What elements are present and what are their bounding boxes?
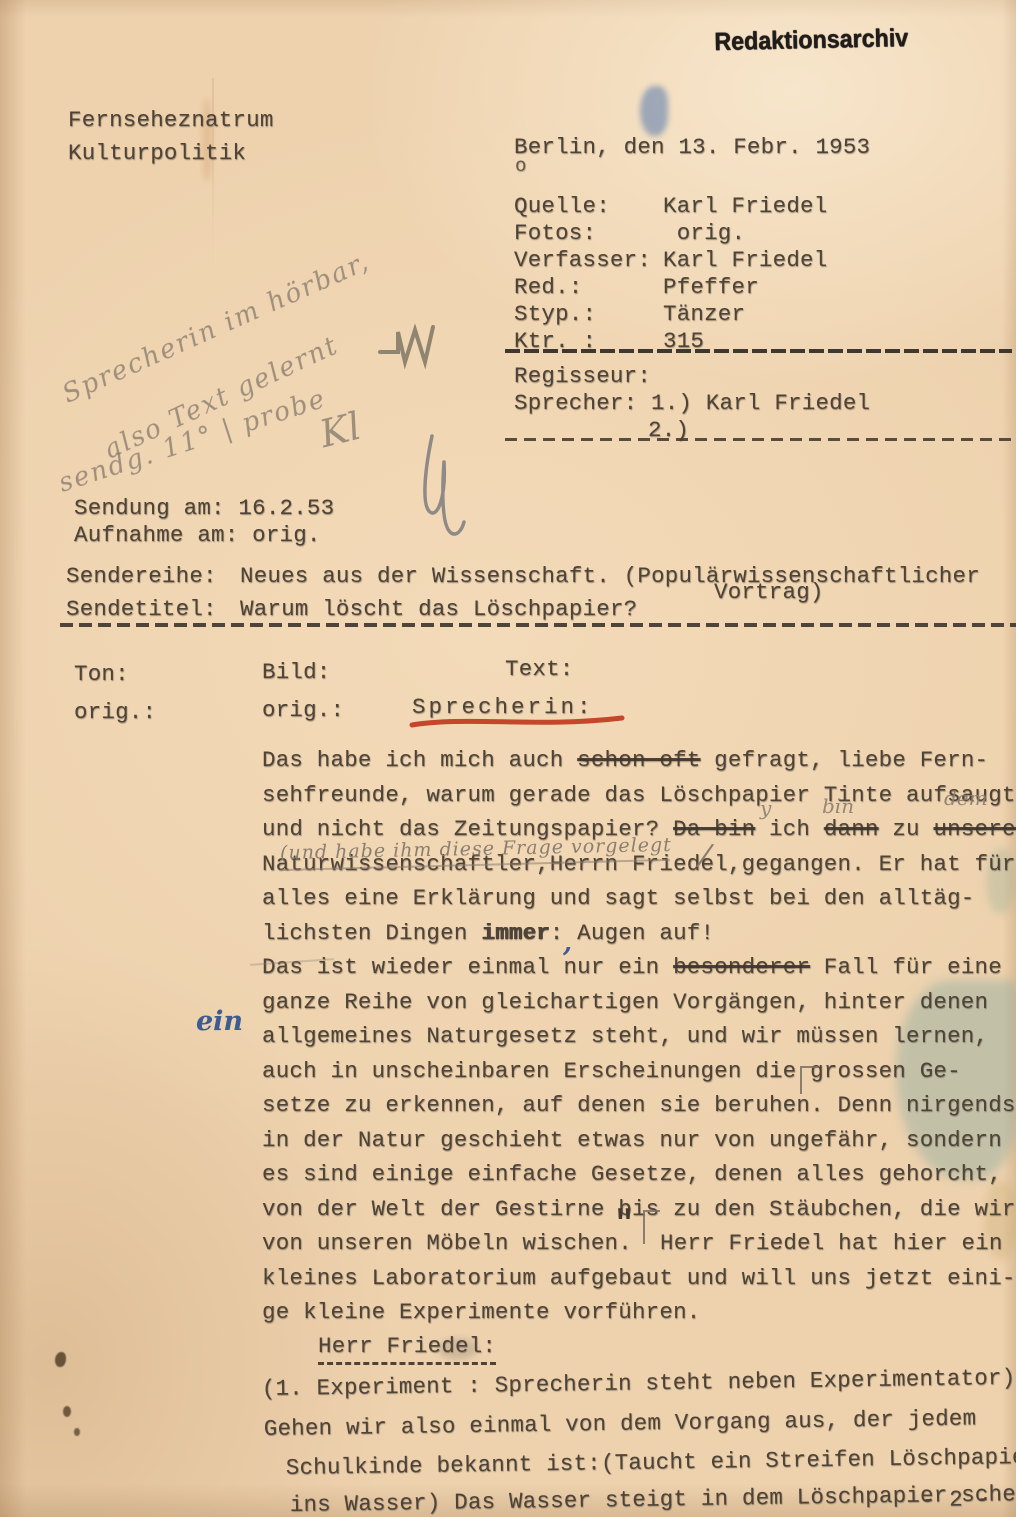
meta-row-styp: Styp.:Tänzer xyxy=(514,300,745,328)
pencil-bracket-2 xyxy=(643,1210,660,1244)
struck-text: dann xyxy=(824,816,879,842)
vortrag-word: Vortrag) xyxy=(714,578,824,606)
document-page: Redaktionsarchiv Fernseheznatrum Kulturp… xyxy=(0,0,1016,1517)
dark-speck-1 xyxy=(55,1352,66,1367)
meta-row-verfasser: Verfasser:Karl Friedel xyxy=(514,246,827,274)
body-text: lichsten Dingen xyxy=(262,920,481,946)
handwritten-w-mark xyxy=(378,322,448,370)
caret-mark: y xyxy=(760,796,771,820)
handwritten-quote-mark: " xyxy=(614,1206,634,1244)
separator-line-1 xyxy=(505,349,1012,353)
dateline: Berlin, den 13. Febr. 1953 xyxy=(514,133,870,161)
body-line: Herr Friedel hat hier ein xyxy=(660,1229,1003,1257)
sprecher-line-1: Sprecher: 1.) Karl Friedel xyxy=(514,389,870,417)
body-line: in der Natur geschieht etwas nur von ung… xyxy=(262,1126,1002,1154)
meta-value: Karl Friedel xyxy=(663,247,827,273)
body-line: alles eine Erklärung und sagt selbst bei… xyxy=(262,884,975,912)
struck-text: besonderer xyxy=(673,954,810,980)
body-line: Schulkinde bekannt ist:(Taucht ein Strei… xyxy=(286,1443,1016,1482)
meta-row-quelle: Quelle:Karl Friedel xyxy=(514,192,827,220)
column-ton: Ton: xyxy=(74,660,129,688)
body-line: ganze Reihe von gleichartigen Vorgängen,… xyxy=(262,988,988,1016)
body-line: kleines Laboratorium aufgebaut und will … xyxy=(262,1264,1016,1292)
body-line: lichsten Dingen immer: Augen auf! xyxy=(262,919,714,947)
section-heading: Herr Friedel: xyxy=(318,1332,496,1360)
meta-label: Verfasser: xyxy=(514,246,663,274)
overtyped-text: immer xyxy=(481,920,550,946)
body-line: Gehen wir also einmal von dem Vorgang au… xyxy=(264,1404,977,1443)
sendereihe-value: Neues aus der Wissenschaft. (Populärwiss… xyxy=(240,562,980,590)
department-line-1: Fernseheznatrum xyxy=(68,106,274,134)
body-line: Das ist wieder einmal nur ein besonderer… xyxy=(262,953,1002,981)
meta-value: Karl Friedel xyxy=(663,193,827,219)
meta-label: Red.: xyxy=(514,273,663,301)
meta-value: Tänzer xyxy=(663,301,745,327)
page-number: - 2 - xyxy=(922,1485,991,1514)
sendung-line: Sendung am: 16.2.53 xyxy=(74,494,334,522)
aufnahme-line: Aufnahme am: orig. xyxy=(74,521,321,549)
meta-value: Pfeffer xyxy=(663,274,759,300)
meta-row-fotos: Fotos: orig. xyxy=(514,219,745,247)
regisseur-line: Regisseur: xyxy=(514,362,651,390)
body-line: auch in unscheinbaren Erscheinungen die … xyxy=(262,1057,961,1085)
body-line: sehfreunde, warum gerade das Löschpapier… xyxy=(262,781,1016,809)
correction-above-bin: bin xyxy=(822,794,854,818)
sendetitel-value: Warum löscht das Löschpapier? xyxy=(240,595,637,623)
meta-row-red: Red.:Pfeffer xyxy=(514,273,759,301)
dark-speck-2 xyxy=(63,1406,71,1417)
body-text: Das habe ich mich auch xyxy=(262,747,577,773)
archive-stamp: Redaktionsarchiv xyxy=(714,24,908,57)
dark-speck-3 xyxy=(74,1428,80,1436)
sendereihe-label: Sendereihe: xyxy=(66,562,217,590)
body-line: von der Welt der Gestirne bis zu den Stä… xyxy=(262,1195,1016,1223)
meta-label: Styp.: xyxy=(514,300,663,328)
body-line: es sind einige einfache Gesetze, denen a… xyxy=(262,1160,1002,1188)
body-line: ins Wasser) Das Wasser steigt in dem Lös… xyxy=(290,1480,1016,1517)
separator-line-2 xyxy=(505,438,1016,441)
separator-line-3 xyxy=(60,623,1016,627)
blue-comma-mark: , xyxy=(563,928,572,958)
column-text: Text: xyxy=(505,655,574,683)
margin-correction-ein: ein xyxy=(196,1006,243,1037)
body-text: gefragt, liebe Fern- xyxy=(700,747,988,773)
correction-above-dem: dem xyxy=(944,786,988,810)
body-text: : Augen auf! xyxy=(550,920,714,946)
pencil-bracket-1 xyxy=(800,1066,818,1094)
body-line: Das habe ich mich auch schon oft gefragt… xyxy=(262,746,988,774)
body-line: (1. Experiment : Sprecherin steht neben … xyxy=(262,1364,1016,1403)
bild-value: orig.: xyxy=(262,696,344,724)
handwritten-initials: Kl xyxy=(315,404,365,457)
body-line: setze zu erkennen, auf denen sie beruhen… xyxy=(262,1091,1016,1119)
struck-text: unserer xyxy=(933,816,1016,842)
meta-label: Fotos: xyxy=(514,219,663,247)
body-text: Fall für eine xyxy=(810,954,1002,980)
meta-value: orig. xyxy=(663,220,745,246)
handwritten-u-mark xyxy=(420,434,470,544)
ton-value: orig.: xyxy=(74,698,156,726)
ink-smudge-blue-top xyxy=(640,86,668,136)
meta-label: Quelle: xyxy=(514,192,663,220)
struck-text: schon oft xyxy=(577,747,700,773)
body-line: von unseren Möbeln wischen. xyxy=(262,1229,632,1257)
column-bild: Bild: xyxy=(262,658,331,686)
body-line: ge kleine Experimente vorführen. xyxy=(262,1298,700,1326)
sendetitel-label: Sendetitel: xyxy=(66,595,217,623)
body-line: allgemeines Naturgesetz steht, und wir m… xyxy=(262,1022,988,1050)
body-text: zu xyxy=(879,816,934,842)
dateline-ghost-char: o xyxy=(515,152,527,180)
struck-text: Da bin xyxy=(673,816,755,842)
heading-text: Herr Friedel: xyxy=(318,1333,496,1365)
red-underline xyxy=(408,712,628,732)
department-line-2: Kulturpolitik xyxy=(68,139,246,167)
